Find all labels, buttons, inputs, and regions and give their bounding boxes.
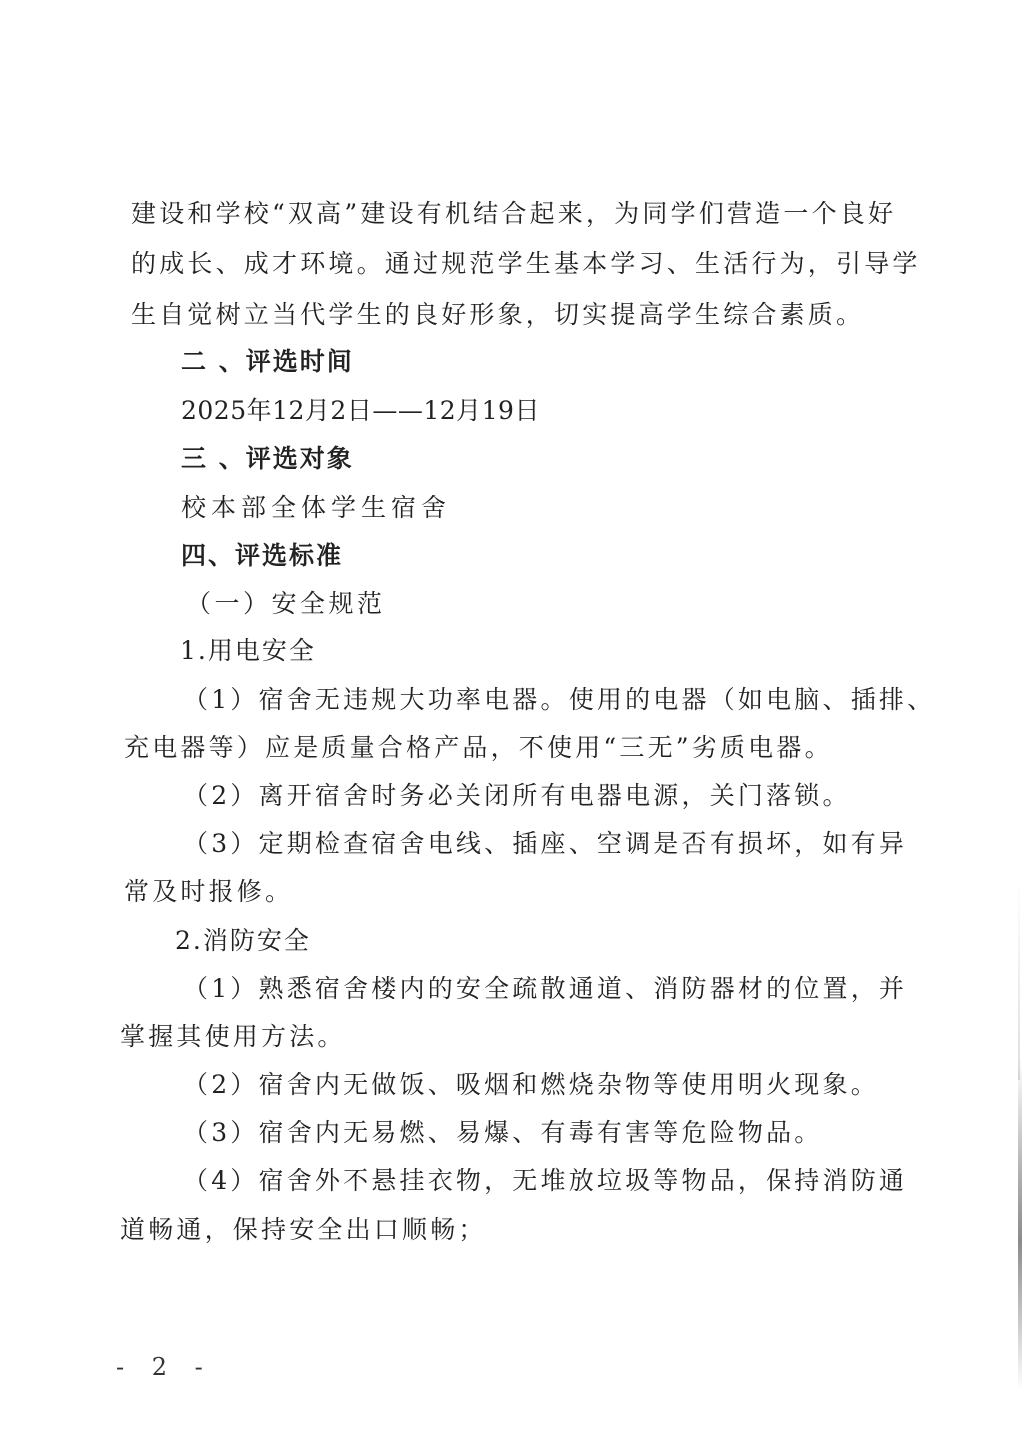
item-title-fire-safety: 2.消防安全 (175, 926, 311, 956)
scan-edge-shadow-top (1018, 880, 1020, 1080)
electrical-point-3-line-2: 常及时报修。 (124, 877, 293, 907)
document-page: 建设和学校“双高”建设有机结合起来，为同学们营造一个良好 的成长、成才环境。通过… (0, 0, 1024, 1448)
evaluation-time-range: 2025年12月2日——12月19日 (181, 396, 540, 426)
section-heading-target: 三 、评选对象 (181, 444, 354, 474)
item-title-electrical-safety: 1.用电安全 (180, 636, 316, 666)
electrical-point-2: （2）离开宿舍时务必关闭所有电器电源，关门落锁。 (183, 781, 851, 811)
page-number: - 2 - (116, 1352, 213, 1382)
evaluation-target: 校本部全体学生宿舍 (181, 493, 451, 523)
section-heading-criteria: 四、评选标准 (181, 541, 343, 571)
intro-line-1: 建设和学校“双高”建设有机结合起来，为同学们营造一个良好 (131, 199, 896, 229)
fire-point-3: （3）宿舍内无易燃、易爆、有毒有害等危险物品。 (183, 1118, 823, 1148)
fire-point-1-line-1: （1）熟悉宿舍楼内的安全疏散通道、消防器材的位置，并 (183, 974, 907, 1004)
section-heading-time: 二 、评选时间 (181, 347, 354, 377)
fire-point-2: （2）宿舍内无做饭、吸烟和燃烧杂物等使用明火现象。 (183, 1070, 879, 1100)
scan-edge-shadow (1018, 1060, 1022, 1390)
fire-point-4-line-2: 道畅通，保持安全出口顺畅； (120, 1215, 487, 1245)
subsection-title-safety: （一）安全规范 (186, 589, 386, 619)
fire-point-4-line-1: （4）宿舍外不悬挂衣物，无堆放垃圾等物品，保持消防通 (183, 1166, 907, 1196)
electrical-point-1-line-2: 充电器等）应是质量合格产品，不使用“三无”劣质电器。 (124, 733, 833, 763)
electrical-point-1-line-1: （1）宿舍无违规大功率电器。使用的电器（如电脑、插排、 (183, 685, 935, 715)
intro-line-3: 生自觉树立当代学生的良好形象，切实提高学生综合素质。 (131, 300, 864, 330)
intro-line-2: 的成长、成才环境。通过规范学生基本学习、生活行为，引导学 (131, 249, 921, 279)
electrical-point-3-line-1: （3）定期检查宿舍电线、插座、空调是否有损坏，如有异 (183, 829, 907, 859)
fire-point-1-line-2: 掌握其使用方法。 (120, 1022, 346, 1052)
